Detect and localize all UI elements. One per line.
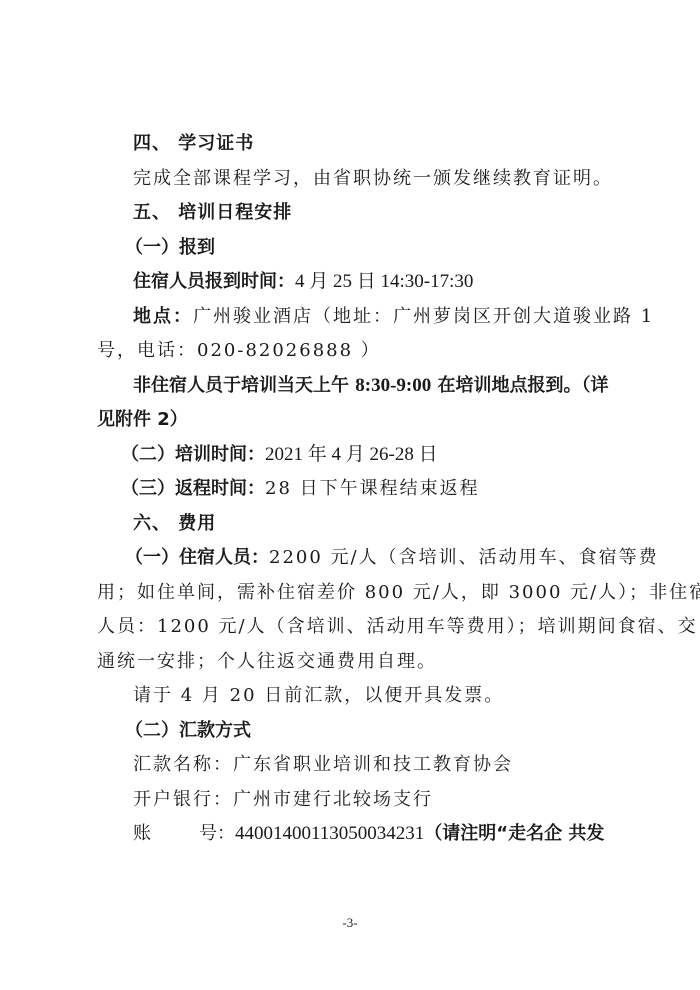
training-time-label: （二）培训时间： bbox=[121, 444, 265, 465]
section-4-heading: 四、 学习证书 bbox=[97, 127, 605, 162]
nonresident-checkin-line-2: 见附件 2） bbox=[97, 403, 605, 438]
bank-name: 开户银行：广州市建行北较场支行 bbox=[97, 783, 605, 818]
payee-label: 汇款名称： bbox=[133, 754, 233, 775]
return-time: （三）返程时间：28 日下午课程结束返程 bbox=[97, 472, 605, 507]
nonresident-text-b: 在培训地点报到。（详 bbox=[431, 375, 608, 396]
location-value: 广州骏业酒店（地址：广州萝岗区开创大道骏业路 1 bbox=[193, 306, 654, 327]
return-time-label: （三）返程时间： bbox=[121, 478, 265, 499]
account-number-line: 账号：44001400113050034231（请注明“走名企 共发 bbox=[97, 817, 605, 852]
resident-checkin-label: 住宿人员报到时间： bbox=[133, 271, 295, 292]
fee-line-4: 通统一安排；个人往返交通费用自理。 bbox=[97, 645, 605, 680]
account-label-a: 账 bbox=[133, 823, 151, 844]
training-time-value: 2021 年 4 月 26-28 日 bbox=[265, 444, 438, 465]
location-label: 地点： bbox=[133, 306, 193, 327]
return-time-value: 28 日下午课程结束返程 bbox=[265, 478, 480, 499]
fee-line-2: 用；如住单间，需补住宿差价 800 元/人，即 3000 元/人）；非住宿 bbox=[97, 576, 605, 611]
account-label-b: 号： bbox=[199, 823, 235, 844]
location-line-2: 号，电话：020-82026888 ） bbox=[97, 334, 605, 369]
section-4-text: 完成全部课程学习，由省职协统一颁发继续教育证明。 bbox=[97, 162, 605, 197]
bank-label: 开户银行： bbox=[133, 789, 233, 810]
section-5-heading: 五、 培训日程安排 bbox=[97, 196, 605, 231]
fee-line-1: （一）住宿人员：2200 元/人（含培训、活动用车、食宿等费 bbox=[97, 541, 605, 576]
nonresident-time: 8:30-9:00 bbox=[355, 375, 431, 396]
bank-value: 广州市建行北较场支行 bbox=[233, 789, 433, 810]
nonresident-text-a: 非住宿人员于培训当天上午 bbox=[133, 375, 355, 396]
resident-checkin-value: 4 月 25 日 14:30-17:30 bbox=[295, 271, 473, 292]
resident-fee-label: （一）住宿人员： bbox=[125, 547, 269, 568]
fee-line-3: 人员：1200 元/人（含培训、活动用车等费用）；培训期间食宿、交 bbox=[97, 610, 605, 645]
resident-checkin-time: 住宿人员报到时间：4 月 25 日 14:30-17:30 bbox=[97, 265, 605, 300]
nonresident-checkin-line-1: 非住宿人员于培训当天上午 8:30-9:00 在培训地点报到。（详 bbox=[97, 369, 605, 404]
account-note: （请注明“走名企 共发 bbox=[424, 823, 604, 844]
document-page: 四、 学习证书 完成全部课程学习，由省职协统一颁发继续教育证明。 五、 培训日程… bbox=[97, 127, 605, 852]
resident-fee-text: 2200 元/人（含培训、活动用车、食宿等费 bbox=[269, 547, 659, 568]
location-line-1: 地点：广州骏业酒店（地址：广州萝岗区开创大道骏业路 1 bbox=[97, 300, 605, 335]
payee-name: 汇款名称：广东省职业培训和技工教育协会 bbox=[97, 748, 605, 783]
payment-deadline: 请于 4 月 20 日前汇款，以便开具发票。 bbox=[97, 679, 605, 714]
section-5-sub1-heading: （一）报到 bbox=[97, 231, 605, 266]
page-number: -3- bbox=[0, 915, 700, 931]
account-number: 44001400113050034231 bbox=[235, 823, 424, 844]
payee-value: 广东省职业培训和技工教育协会 bbox=[233, 754, 513, 775]
payment-method-heading: （二）汇款方式 bbox=[97, 714, 605, 749]
training-time: （二）培训时间：2021 年 4 月 26-28 日 bbox=[97, 438, 605, 473]
section-6-heading: 六、 费用 bbox=[97, 507, 605, 542]
